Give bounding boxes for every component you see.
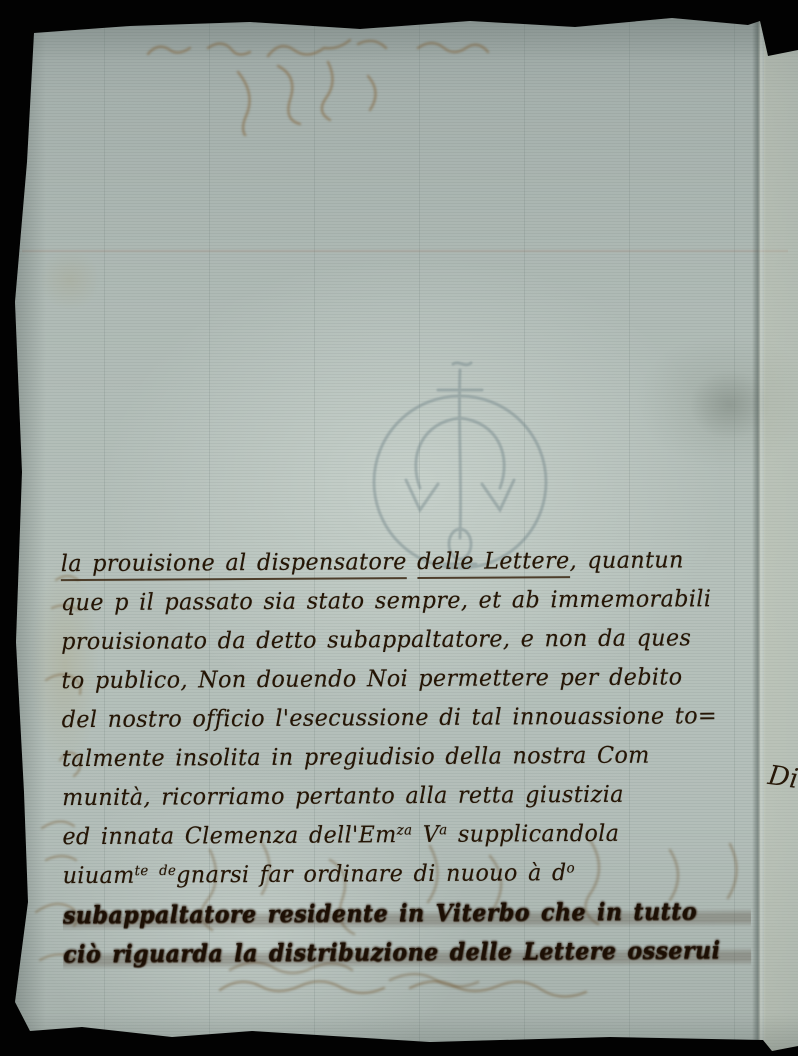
edge-shading: [0, 0, 798, 1056]
manuscript-page: la prouisione al dispensatore delle Lett…: [0, 0, 798, 1056]
adjacent-page-text: Di: [766, 760, 798, 795]
